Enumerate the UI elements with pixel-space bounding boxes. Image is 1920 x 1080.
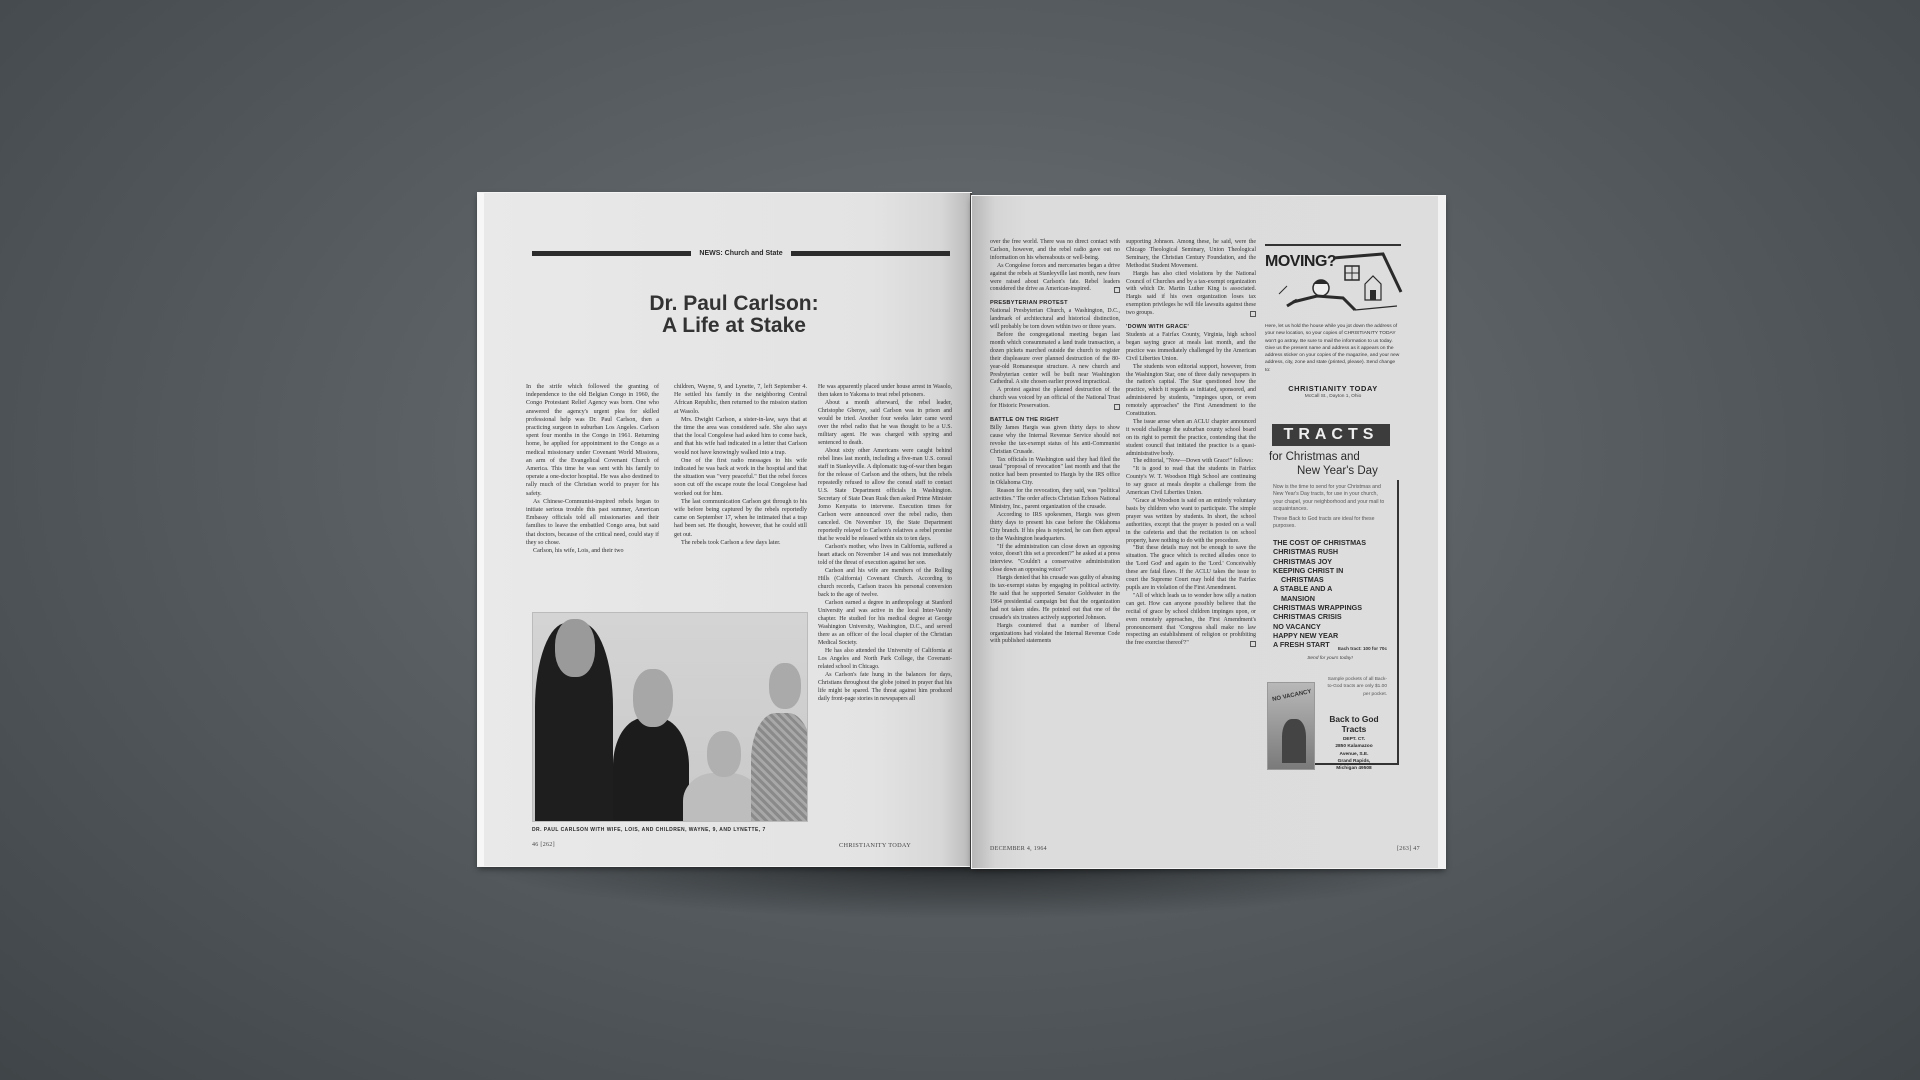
end-mark-icon <box>1114 404 1120 410</box>
header-rule <box>532 251 691 256</box>
tract-title: MANSION <box>1273 594 1391 603</box>
paragraph: The issue arose when an ACLU chapter ann… <box>1126 419 1256 459</box>
tract-illustration-figure <box>1282 719 1306 763</box>
end-mark-icon <box>1250 311 1256 317</box>
photo-face-daughter <box>707 731 741 777</box>
article-column-2: children, Wayne, 9, and Lynette, 7, left… <box>674 383 807 547</box>
paragraph: Carlson, his wife, Lois, and their two <box>526 547 659 555</box>
tract-title: KEEPING CHRIST IN <box>1273 566 1391 575</box>
paragraph: The rebels took Carlson a few days later… <box>674 539 807 547</box>
tract-title: CHRISTMAS WRAPPINGS <box>1273 603 1391 612</box>
section-header: NEWS: Church and State <box>532 247 950 259</box>
no-vacancy-tract-image: NO VACANCY <box>1267 682 1315 770</box>
paragraph: "All of which leads us to wonder how sil… <box>1126 593 1256 648</box>
ad-rule <box>1265 244 1401 246</box>
paragraph: Mrs. Dwight Carlson, a sister-in-law, sa… <box>674 416 807 457</box>
paragraph: One of the first radio messages to his w… <box>674 457 807 498</box>
magazine-spread: NEWS: Church and State Dr. Paul Carlson:… <box>478 193 1445 866</box>
house-carrier-illustration-icon <box>1273 250 1403 318</box>
header-rule <box>791 251 950 256</box>
right-page: over the free world. There was no direct… <box>972 196 1445 868</box>
paragraph: The students won editorial support, howe… <box>1126 364 1256 419</box>
ad-column: MOVING? Here, let us hold the house whil… <box>1265 236 1405 836</box>
running-footer-date: DECEMBER 4, 1964 <box>990 846 1047 852</box>
paragraph: In the strife which followed the grantin… <box>526 383 659 498</box>
family-photo <box>532 612 808 822</box>
page-number-left: 46 [262] <box>532 842 555 848</box>
photo-face-son <box>769 663 801 709</box>
running-footer-magazine: CHRISTIANITY TODAY <box>839 842 911 849</box>
moving-body: Here, let us hold the house while you jo… <box>1265 323 1401 374</box>
photo-face-mother <box>633 669 673 727</box>
paragraph: "If the administration can close down an… <box>990 544 1120 576</box>
paragraph: He was apparently placed under house arr… <box>818 383 952 399</box>
paragraph: As Chinese-Communist-inspired rebels beg… <box>526 498 659 547</box>
photo-figure-son <box>751 713 808 822</box>
section-heading-presbyterian-protest: PRESBYTERIAN PROTEST <box>990 300 1120 308</box>
end-mark-icon <box>1114 287 1120 293</box>
paragraph: He has also attended the University of C… <box>818 647 952 671</box>
paragraph: "It is good to read that the students in… <box>1126 466 1256 498</box>
paragraph: According to IRS spokesmen, Hargis was g… <box>990 512 1120 544</box>
tract-title: A STABLE AND A <box>1273 584 1391 593</box>
floor-shadow <box>470 860 1460 920</box>
paragraph: About a month afterward, the rebel leade… <box>818 399 952 447</box>
tracts-sample-offer: Sample pockets of all Back-to-God tracts… <box>1325 676 1387 698</box>
section-heading-battle-on-the-right: BATTLE ON THE RIGHT <box>990 417 1120 425</box>
paragraph: Hargis has also cited violations by the … <box>1126 271 1256 318</box>
moving-address: McCall St., Dayton 1, Ohio <box>1265 394 1401 399</box>
end-mark-icon <box>1250 641 1256 647</box>
moving-brand: CHRISTIANITY TODAY <box>1265 384 1401 393</box>
tract-title: CHRISTMAS <box>1273 575 1391 584</box>
tract-title: CHRISTMAS JOY <box>1273 557 1391 566</box>
left-page: NEWS: Church and State Dr. Paul Carlson:… <box>478 193 971 866</box>
article-column-1: In the strife which followed the grantin… <box>526 383 659 555</box>
paragraph: Carlson and his wife are members of the … <box>818 567 952 599</box>
photo-figure-daughter <box>683 773 761 822</box>
photo-face-father <box>555 619 595 677</box>
section-label: NEWS: Church and State <box>691 250 790 257</box>
paragraph: A protest against the planned destructio… <box>990 387 1120 411</box>
paragraph: Hargis denied that his crusade was guilt… <box>990 575 1120 622</box>
tracts-body: Now is the time to send for your Christm… <box>1273 484 1388 531</box>
paragraph: As Carlson's fate hung in the balances f… <box>818 671 952 703</box>
paragraph: Carlson earned a degree in anthropology … <box>818 599 952 647</box>
page-number-right: [263] 47 <box>1397 846 1420 852</box>
tracts-price: Each tract: 100 for 70c <box>1273 646 1387 651</box>
article-title: Dr. Paul Carlson: A Life at Stake <box>584 293 884 337</box>
tract-title: CHRISTMAS CRISIS <box>1273 612 1391 621</box>
paragraph: Tax officials in Washington said they ha… <box>990 457 1120 489</box>
news-column-1: over the free world. There was no direct… <box>990 239 1120 646</box>
paragraph: About sixty other Americans were caught … <box>818 447 952 543</box>
paragraph: The last communication Carlson got throu… <box>674 498 807 539</box>
section-heading-down-with-grace: 'DOWN WITH GRACE' <box>1126 324 1256 332</box>
paragraph: As Congolese forces and mercenaries bega… <box>990 263 1120 295</box>
title-line-2: A Life at Stake <box>584 315 884 337</box>
article-column-3: He was apparently placed under house arr… <box>818 383 952 703</box>
tracts-title-list: THE COST OF CHRISTMAS CHRISTMAS RUSH CHR… <box>1273 538 1391 650</box>
tracts-subhead: for Christmas and New Year's Day <box>1269 450 1401 478</box>
paragraph: Before the congregational meeting began … <box>990 332 1120 387</box>
paragraph: "But these details may not be enough to … <box>1126 545 1256 592</box>
paragraph: over the free world. There was no direct… <box>990 239 1120 263</box>
tract-title: NO VACANCY <box>1273 622 1391 631</box>
paragraph: "Grace at Woodson is said on an entirely… <box>1126 498 1256 545</box>
paragraph: supporting Johnson. Among these, he said… <box>1126 239 1256 271</box>
title-line-1: Dr. Paul Carlson: <box>584 293 884 315</box>
tract-title: THE COST OF CHRISTMAS <box>1273 538 1391 547</box>
tracts-cta: Send for yours today! <box>1273 656 1387 661</box>
paragraph: Billy James Hargis was given thirty days… <box>990 425 1120 457</box>
tract-title: HAPPY NEW YEAR <box>1273 631 1391 640</box>
paragraph: children, Wayne, 9, and Lynette, 7, left… <box>674 383 807 416</box>
paragraph: Students at a Fairfax County, Virginia, … <box>1126 332 1256 364</box>
paragraph: Carlson's mother, who lives in Californi… <box>818 543 952 567</box>
tract-title: CHRISTMAS RUSH <box>1273 547 1391 556</box>
news-column-2: supporting Johnson. Among these, he said… <box>1126 239 1256 648</box>
tracts-headline: TRACTS <box>1272 424 1390 446</box>
back-to-god-address: Back to God Tracts DEPT. CT. 2850 Kalama… <box>1317 714 1391 772</box>
photo-caption: DR. PAUL CARLSON WITH WIFE, LOIS, AND CH… <box>532 827 812 833</box>
paragraph: Hargis countered that a number of libera… <box>990 623 1120 647</box>
photo-figure-mother <box>613 718 689 822</box>
paragraph: National Presbyterian Church, a Washingt… <box>990 308 1120 332</box>
paragraph: Reason for the revocation, they said, wa… <box>990 488 1120 512</box>
